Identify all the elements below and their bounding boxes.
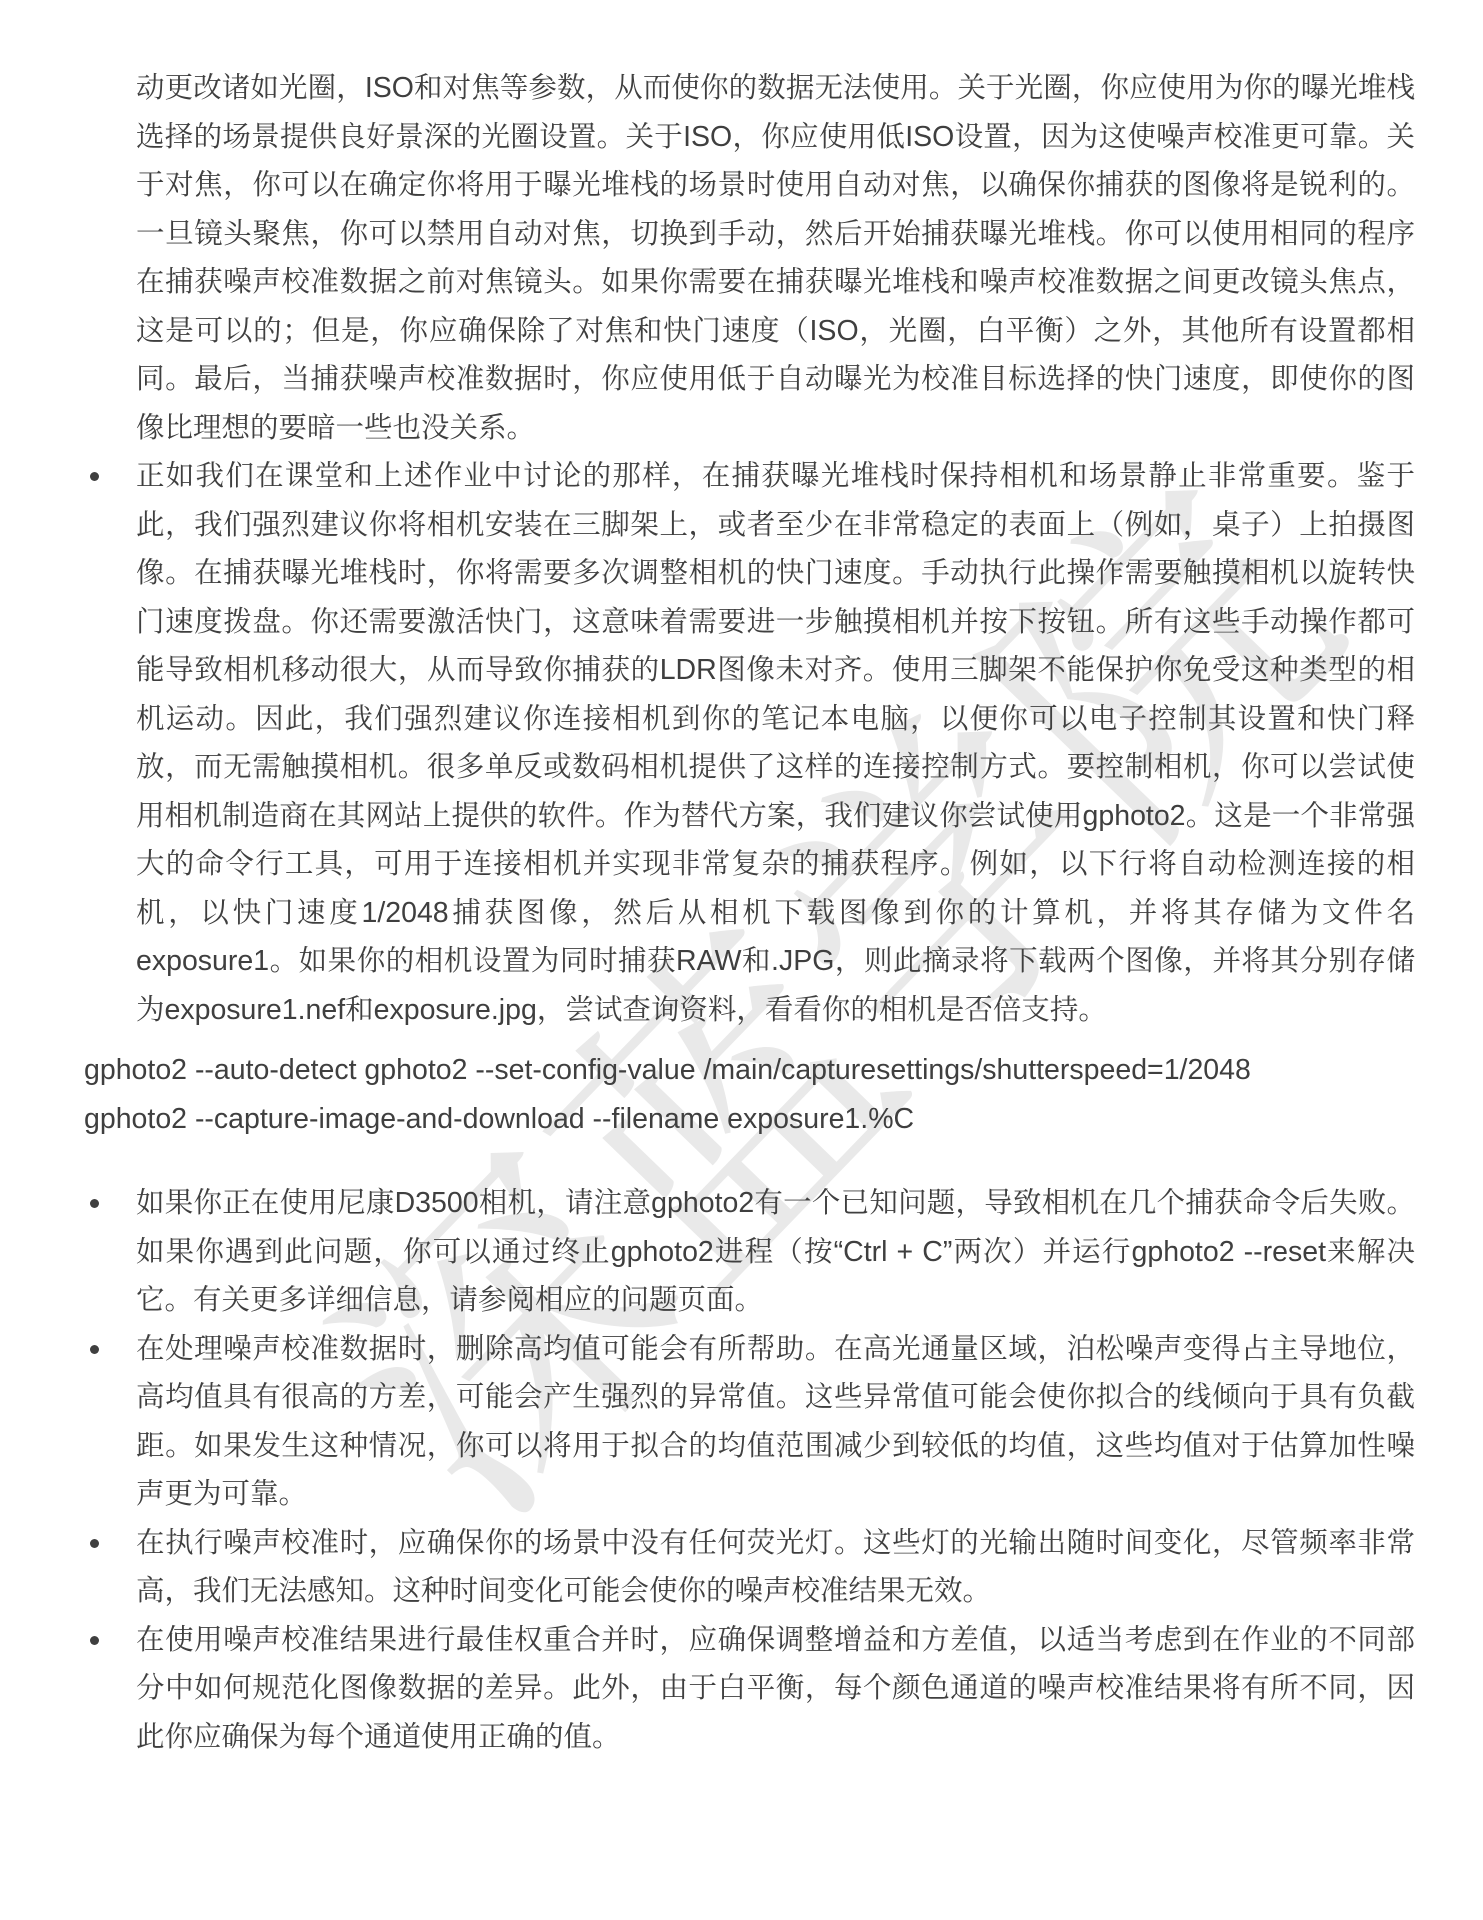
bullet-item-nikon-d3500: 如果你正在使用尼康D3500相机，请注意gphoto2有一个已知问题，导致相机在… (84, 1179, 1415, 1325)
document-page: 深蓝学院 动更改诸如光圈，ISO和对焦等参数，从而使你的数据无法使用。关于光圈，… (0, 0, 1483, 1920)
bullet-text-high-means: 在处理噪声校准数据时，删除高均值可能会有所帮助。在高光通量区域，泊松噪声变得占主… (136, 1333, 1415, 1511)
paragraph-exposure-settings: 动更改诸如光圈，ISO和对焦等参数，从而使你的数据无法使用。关于光圈，你应使用为… (136, 64, 1415, 452)
bullet-dot-icon (90, 1539, 99, 1548)
bullet-text-camera-stability: 正如我们在课堂和上述作业中讨论的那样，在捕获曝光堆栈时保持相机和场景静止非常重要… (136, 460, 1415, 1026)
code-line-capture-download: gphoto2 --capture-image-and-download --f… (84, 1095, 1415, 1144)
page-content: 动更改诸如光圈，ISO和对焦等参数，从而使你的数据无法使用。关于光圈，你应使用为… (0, 0, 1483, 1761)
code-block-gphoto2: gphoto2 --auto-detect gphoto2 --set-conf… (84, 1046, 1415, 1143)
code-line-shutterspeed: gphoto2 --auto-detect gphoto2 --set-conf… (84, 1046, 1415, 1095)
bullet-item-fluorescent-lights: 在执行噪声校准时，应确保你的场景中没有任何荧光灯。这些灯的光输出随时间变化，尽管… (84, 1519, 1415, 1616)
bullet-text-weighted-merging: 在使用噪声校准结果进行最佳权重合并时，应确保调整增益和方差值，以适当考虑到在作业… (136, 1624, 1415, 1753)
bullet-item-high-means: 在处理噪声校准数据时，删除高均值可能会有所帮助。在高光通量区域，泊松噪声变得占主… (84, 1325, 1415, 1519)
bullet-dot-icon (90, 1345, 99, 1354)
bullet-dot-icon (90, 472, 99, 481)
bullet-item-weighted-merging: 在使用噪声校准结果进行最佳权重合并时，应确保调整增益和方差值，以适当考虑到在作业… (84, 1616, 1415, 1762)
bullet-text-fluorescent-lights: 在执行噪声校准时，应确保你的场景中没有任何荧光灯。这些灯的光输出随时间变化，尽管… (136, 1527, 1415, 1608)
bullet-item-camera-stability: 正如我们在课堂和上述作业中讨论的那样，在捕获曝光堆栈时保持相机和场景静止非常重要… (84, 452, 1415, 1034)
bullet-dot-icon (90, 1636, 99, 1645)
bullet-text-nikon-d3500: 如果你正在使用尼康D3500相机，请注意gphoto2有一个已知问题，导致相机在… (136, 1187, 1415, 1316)
bullet-dot-icon (90, 1199, 99, 1208)
